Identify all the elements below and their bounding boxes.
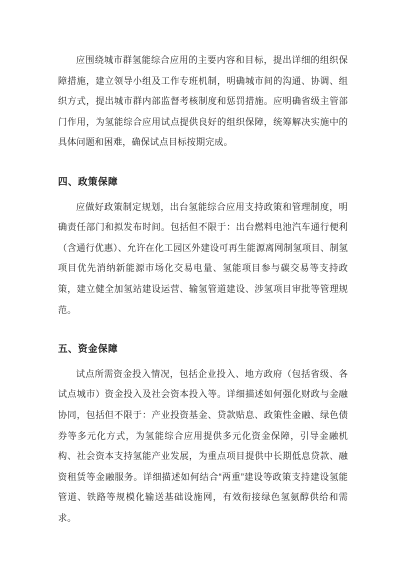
paragraph-organization-guarantee: 应围绕城市群氢能综合应用的主要内容和目标，提出详细的组织保障措施，建立领导小组及…	[58, 50, 348, 153]
heading-section-4-policy-guarantee: 四、政策保障	[58, 173, 348, 194]
paragraph-policy-guarantee: 应做好政策制定规划，出台氢能综合应用支持政策和管理制度，明确责任部门和拟发布时间…	[58, 197, 348, 321]
paragraph-funding-guarantee: 试点所需资金投入情况，包括企业投入、地方政府（包括省级、各试点城市）资金投入及社…	[58, 364, 348, 529]
document-content: 应围绕城市群氢能综合应用的主要内容和目标，提出详细的组织保障措施，建立领导小组及…	[58, 50, 348, 528]
document-page: 应围绕城市群氢能综合应用的主要内容和目标，提出详细的组织保障措施，建立领导小组及…	[0, 0, 400, 565]
heading-section-5-funding-guarantee: 五、资金保障	[58, 340, 348, 361]
